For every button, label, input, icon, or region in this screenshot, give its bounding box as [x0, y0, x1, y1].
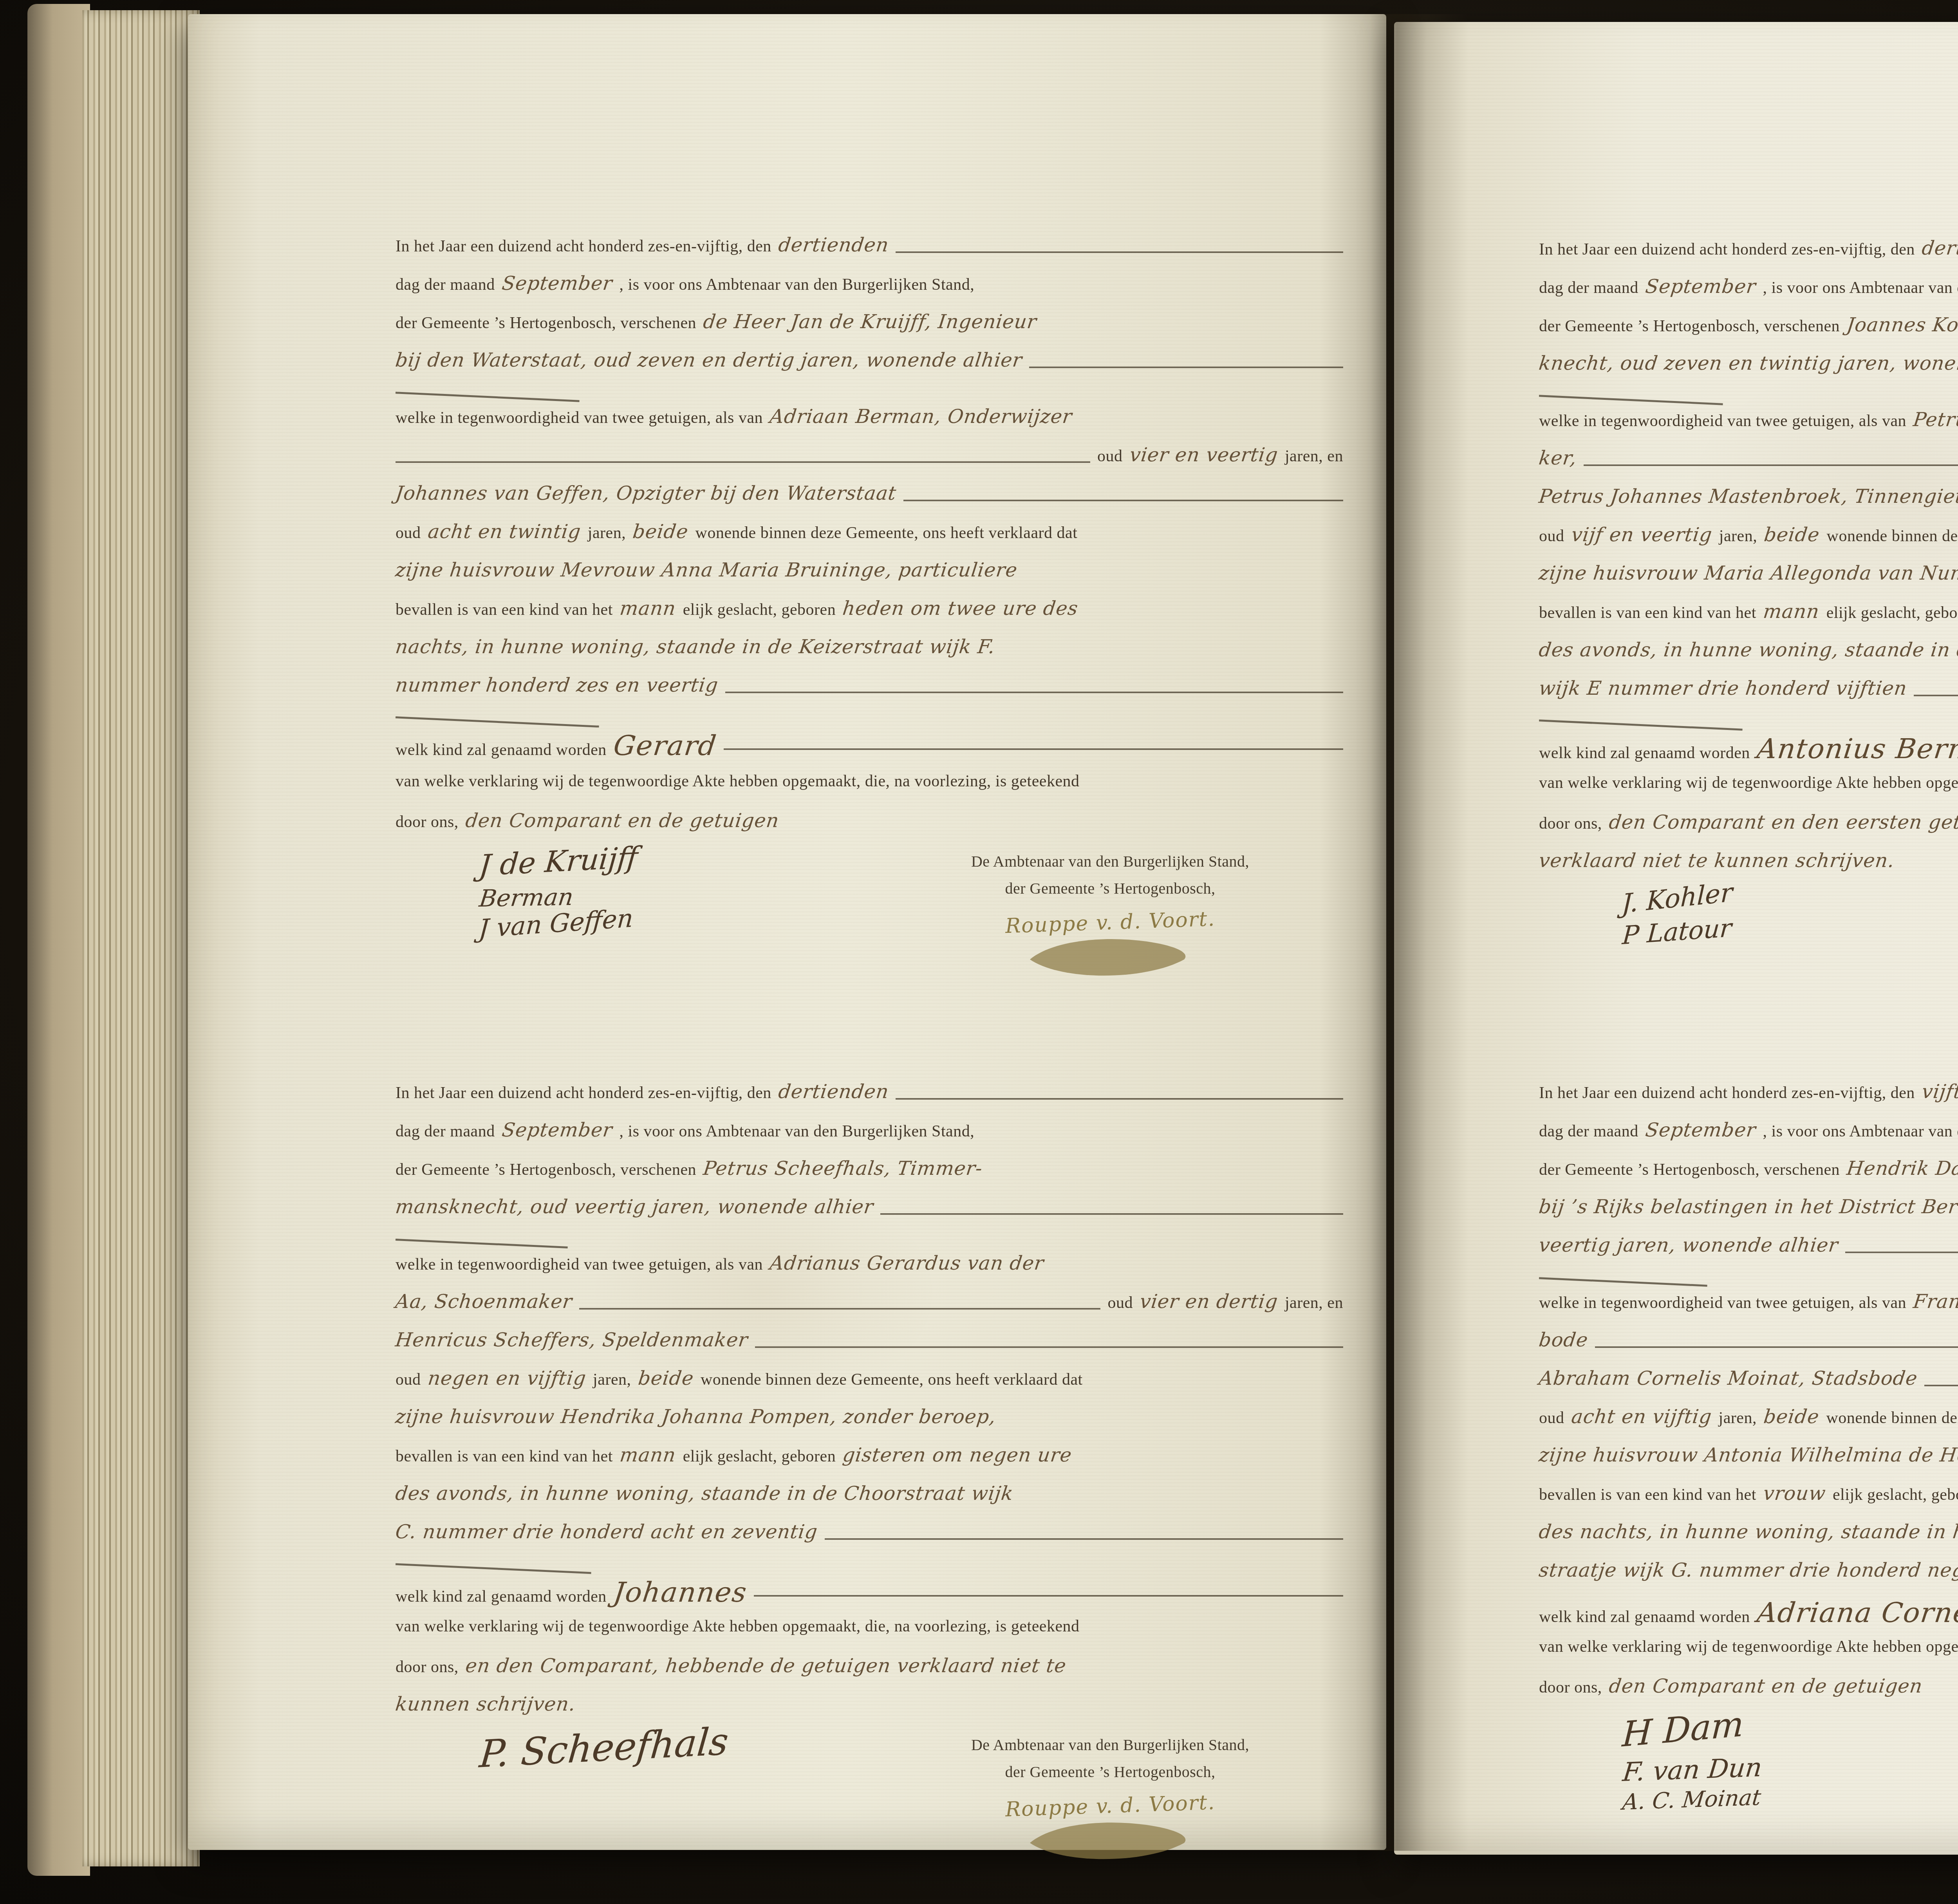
printed-form-text: van welke verklaring wij de tegenwoordig… [396, 1617, 1080, 1636]
act-line: welk kind zal genaamd wordenGerard [396, 732, 1343, 761]
handwritten-entry: Aa, Schoenmaker [394, 1292, 573, 1311]
act-line: van welke verklaring wij de tegenwoordig… [396, 772, 1343, 800]
handwritten-entry: vijf en veertig [1570, 525, 1713, 545]
act-line: der Gemeente ’s Hertogenbosch, verschene… [1539, 1158, 1958, 1187]
handwritten-entry: Johannes [612, 1578, 749, 1607]
act-line: C. nummer drie honderd acht en zeventig [396, 1522, 1343, 1550]
act-line: bevallen is van een kind van hetmannelij… [1539, 602, 1958, 630]
handwritten-entry: Franciscus van Dun, Stads- [1912, 1292, 1958, 1311]
act-line: des avonds, in hunne woning, staande in … [1539, 640, 1958, 668]
officiant-title: De Ambtenaar van den Burgerlijken Stand, [877, 852, 1343, 871]
handwritten-entry: ker, [1538, 448, 1578, 468]
handwritten-entry: beide [1763, 525, 1821, 545]
handwritten-entry: mann [619, 1445, 677, 1465]
act-line: oudnegen en vijftigjaren,beidewonende bi… [396, 1368, 1343, 1396]
handwritten-entry: Adriaan Berman, Onderwijzer [769, 406, 1073, 426]
ruled-filler-line [903, 500, 1343, 501]
printed-form-text: elijk geslacht, geboren [683, 1447, 836, 1466]
act-line: bij den Waterstaat, oud zeven en dertig … [396, 350, 1343, 378]
ruled-filler-line [880, 1213, 1343, 1215]
handwritten-entry: straatje wijk G. nummer drie honderd neg… [1538, 1560, 1958, 1580]
book-cover-edge [27, 4, 90, 1876]
act-line: door ons,den Comparant en den eersten ge… [1539, 812, 1958, 840]
handwritten-entry: dertienden [777, 1082, 890, 1102]
printed-form-text: dag der maand [396, 1122, 495, 1141]
ruled-filler-line [1539, 1277, 1707, 1287]
handwritten-entry: September [501, 1120, 614, 1140]
handwritten-entry: Petrus Scheefhals, Timmer- [702, 1158, 984, 1178]
act-line: des nachts, in hunne woning, staande in … [1539, 1522, 1958, 1550]
printed-form-text: welke in tegenwoordigheid van twee getui… [396, 1255, 763, 1274]
handwritten-entry: Gerard [612, 732, 718, 761]
handwritten-entry: September [1644, 276, 1757, 296]
handwritten-entry: Abraham Cornelis Moinat, Stadsbode [1538, 1368, 1919, 1388]
act-line: des avonds, in hunne woning, staande in … [396, 1483, 1343, 1512]
ruled-filler-line [396, 1563, 591, 1574]
printed-form-text: oud [1107, 1294, 1133, 1312]
printed-form-text: , is voor ons Ambtenaar van den Burgerli… [1763, 1122, 1958, 1141]
printed-form-text: bevallen is van een kind van het [1539, 1486, 1756, 1504]
handwritten-entry: nummer honderd zes en veertig [394, 675, 719, 695]
act-line: welke in tegenwoordigheid van twee getui… [396, 1253, 1343, 1281]
printed-form-text: van welke verklaring wij de tegenwoordig… [1539, 774, 1958, 792]
printed-form-text: welke in tegenwoordigheid van twee getui… [1539, 1294, 1906, 1312]
printed-form-text: bevallen is van een kind van het [1539, 604, 1756, 622]
handwritten-entry: den Comparant en de getuigen [464, 811, 780, 831]
act-line: van welke verklaring wij de tegenwoordig… [1539, 774, 1958, 802]
witness-signatures: J. KohlerP Latour [1539, 889, 1958, 1024]
act-line: nachts, in hunne woning, staande in de K… [396, 637, 1343, 665]
act-line: zijne huisvrouw Maria Allegonda van Nune… [1539, 563, 1958, 591]
birth-act-1: In het Jaar een duizend acht honderd zes… [396, 235, 1343, 984]
printed-form-text: welke in tegenwoordigheid van twee getui… [396, 409, 763, 427]
act-line: door ons,en den Comparant, hebbende de g… [396, 1656, 1343, 1684]
act-line: nummer honderd zes en veertig [396, 675, 1343, 703]
act-line: oudvier en veertigjaren, en [396, 445, 1343, 473]
act-signature-zone: P. Scheefhals De Ambtenaar van den Burge… [396, 1732, 1343, 1867]
handwritten-entry: dertienden [777, 235, 890, 255]
act-line: zijne huisvrouw Antonia Wilhelmina de Ho… [1539, 1445, 1958, 1473]
printed-form-text: van welke verklaring wij de tegenwoordig… [1539, 1638, 1958, 1656]
ruled-filler-line [1845, 1252, 1958, 1253]
printed-form-text: jaren, [593, 1371, 631, 1389]
act-line: welke in tegenwoordigheid van twee getui… [396, 406, 1343, 435]
act-line: welk kind zal genaamd wordenJohannes [396, 1578, 1343, 1607]
printed-form-text: door ons, [396, 1658, 459, 1676]
act-line: der Gemeente ’s Hertogenbosch, verschene… [396, 312, 1343, 340]
printed-form-text: wonende binnen deze Gemeente, ons heeft … [1827, 527, 1958, 546]
act-line: straatje wijk G. nummer drie honderd neg… [1539, 1560, 1958, 1588]
act-line: In het Jaar een duizend acht honderd zes… [1539, 1082, 1958, 1110]
act-signature-zone: H DamF. van DunA. C. Moinat De Ambtenaar… [1539, 1714, 1958, 1849]
witness-signatures: J de KruijffBermanJ van Geffen [396, 849, 877, 984]
printed-form-text: dag der maand [396, 276, 495, 294]
witness-signatures: P. Scheefhals [396, 1732, 877, 1867]
printed-form-text: welk kind zal genaamd worden [1539, 1608, 1750, 1626]
act-body: In het Jaar een duizend acht honderd zes… [1539, 1082, 1958, 1704]
handwritten-entry: September [501, 273, 614, 293]
handwritten-entry: acht en twintig [426, 522, 582, 542]
act-line [396, 714, 1343, 727]
ruled-filler-line [396, 716, 599, 728]
printed-form-text: welk kind zal genaamd worden [396, 1588, 607, 1606]
act-line: Johannes van Geffen, Opzigter bij den Wa… [396, 483, 1343, 511]
ruled-filler-line [755, 1346, 1343, 1348]
act-line: zijne huisvrouw Hendrika Johanna Pompen,… [396, 1407, 1343, 1435]
printed-form-text: door ons, [1539, 815, 1602, 833]
handwritten-entry: mann [1762, 602, 1821, 621]
printed-form-text: wonende binnen deze Gemeente, ons heeft … [701, 1371, 1083, 1389]
act-line: oudacht en vijftigjaren,beidewonende bin… [1539, 1407, 1958, 1435]
signature-flourish-icon [1026, 937, 1194, 984]
printed-form-text: , is voor ons Ambtenaar van den Burgerli… [620, 1122, 975, 1141]
act-line: veertig jaren, wonende alhier [1539, 1235, 1958, 1263]
handwritten-entry: zijne huisvrouw Maria Allegonda van Nune… [1538, 563, 1958, 583]
handwritten-entry: des avonds, in hunne woning, staande in … [394, 1483, 1015, 1503]
printed-form-text: jaren, en [1285, 1294, 1343, 1312]
printed-form-text: elijk geslacht, geboren [1826, 604, 1958, 622]
ruled-filler-line [754, 1595, 1343, 1597]
act-body: In het Jaar een duizend acht honderd zes… [396, 235, 1343, 839]
handwritten-entry: acht en vijftig [1570, 1407, 1712, 1427]
ruled-filler-line [825, 1538, 1343, 1540]
act-line: In het Jaar een duizend acht honderd zes… [396, 1082, 1343, 1110]
printed-form-text: , is voor ons Ambtenaar van den Burgerli… [620, 276, 975, 294]
act-line [1539, 717, 1958, 730]
handwritten-entry: veertig jaren, wonende alhier [1538, 1235, 1839, 1255]
act-body: In het Jaar een duizend acht honderd zes… [396, 1082, 1343, 1722]
printed-form-text: jaren, en [1285, 447, 1343, 466]
printed-form-text: bevallen is van een kind van het [396, 1447, 613, 1466]
handwritten-entry: vrouw [1762, 1483, 1827, 1503]
printed-form-text: van welke verklaring wij de tegenwoordig… [396, 772, 1080, 791]
act-line: oudacht en twintigjaren,beidewonende bin… [396, 522, 1343, 550]
printed-form-text: dag der maand [1539, 279, 1638, 297]
act-line: welk kind zal genaamd wordenAdriana Corn… [1539, 1599, 1958, 1628]
handwritten-entry: gisteren om negen ure [842, 1445, 1073, 1465]
ruled-filler-line [1539, 719, 1743, 731]
ruled-filler-line [396, 392, 580, 402]
handwritten-entry: nachts, in hunne woning, staande in de K… [394, 637, 996, 657]
act-line: welk kind zal genaamd wordenAntonius Ber… [1539, 735, 1958, 764]
handwritten-entry: vijftienden [1921, 1082, 1958, 1102]
handwritten-entry: des nachts, in hunne woning, staande in … [1538, 1522, 1958, 1542]
ruled-filler-line [1595, 1346, 1958, 1348]
ruled-filler-line [896, 1098, 1343, 1100]
printed-form-text: In het Jaar een duizend acht honderd zes… [396, 1084, 771, 1102]
act-line: dag der maandSeptember, is voor ons Ambt… [1539, 1120, 1958, 1148]
printed-form-text: der Gemeente ’s Hertogenbosch, verschene… [396, 314, 696, 332]
handwritten-entry: Joannes Kohler, Boekbinders- [1846, 315, 1958, 335]
act-line: bij ’s Rijks belastingen in het District… [1539, 1197, 1958, 1225]
handwritten-entry: kunnen schrijven. [394, 1694, 577, 1714]
handwritten-entry: zijne huisvrouw Hendrika Johanna Pompen,… [394, 1407, 997, 1427]
handwritten-entry: des avonds, in hunne woning, staande in … [1538, 640, 1958, 660]
act-line: bodeoudzes en vijftigjaren, en [1539, 1330, 1958, 1358]
act-line: zijne huisvrouw Mevrouw Anna Maria Bruin… [396, 560, 1343, 588]
handwritten-entry: September [1644, 1120, 1757, 1140]
printed-form-text: welk kind zal genaamd worden [396, 741, 607, 759]
ruled-filler-line [579, 1308, 1100, 1310]
printed-form-text: jaren, [588, 524, 626, 542]
ruled-filler-line [396, 461, 1090, 463]
ruled-filler-line [1029, 367, 1343, 368]
act-line: welke in tegenwoordigheid van twee getui… [1539, 1292, 1958, 1320]
printed-form-text: jaren, [1719, 527, 1757, 546]
act-line: der Gemeente ’s Hertogenbosch, verschene… [1539, 315, 1958, 343]
handwritten-entry: en den Comparant, hebbende de getuigen v… [464, 1656, 1068, 1676]
act-body: In het Jaar een duizend acht honderd zes… [1539, 238, 1958, 879]
handwritten-entry: Antonius Bernardus [1755, 735, 1958, 764]
act-line [1539, 1274, 1958, 1287]
ruled-filler-line [1539, 395, 1723, 405]
ruled-filler-line [725, 692, 1343, 693]
printed-form-text: dag der maand [1539, 1122, 1638, 1141]
officiant-subtitle: der Gemeente ’s Hertogenbosch, [877, 1763, 1343, 1781]
birth-act-4: In het Jaar een duizend acht honderd zes… [1539, 1082, 1958, 1849]
act-line: van welke verklaring wij de tegenwoordig… [396, 1617, 1343, 1646]
handwritten-entry: bode [1538, 1330, 1590, 1350]
handwritten-entry: Adrianus Gerardus van der [769, 1253, 1045, 1273]
act-line [396, 388, 1343, 402]
ruled-filler-line [724, 748, 1343, 750]
act-line: bevallen is van een kind van hetvrouweli… [1539, 1483, 1958, 1512]
officiant-block: De Ambtenaar van den Burgerlijken Stand,… [877, 849, 1343, 984]
handwritten-entry: Petrus Latour, Kleederma- [1912, 410, 1958, 430]
birth-act-3: In het Jaar een duizend acht honderd zes… [1539, 238, 1958, 1024]
printed-form-text: elijk geslacht, geboren [683, 601, 836, 619]
handwritten-entry: beide [632, 522, 690, 542]
printed-form-text: welk kind zal genaamd worden [1539, 744, 1750, 762]
handwritten-entry: Hendrik Dam, Deurwaarder [1846, 1158, 1958, 1178]
act-line: der Gemeente ’s Hertogenbosch, verschene… [396, 1158, 1343, 1187]
handwritten-entry: Petrus Johannes Mastenbroek, Tinnengiete… [1538, 486, 1958, 506]
officiant-title: De Ambtenaar van den Burgerlijken Stand, [877, 1736, 1343, 1754]
printed-form-text: der Gemeente ’s Hertogenbosch, verschene… [1539, 317, 1840, 336]
printed-form-text: oud [1539, 1409, 1564, 1427]
printed-form-text: oud [1539, 527, 1564, 546]
printed-form-text: elijk geslacht, geboren [1833, 1486, 1958, 1504]
act-line: wijk E nummer drie honderd vijftien [1539, 678, 1958, 706]
act-line: dag der maandSeptember, is voor ons Ambt… [396, 273, 1343, 302]
officiant-block: De Ambtenaar van den Burgerlijken Stand,… [877, 1732, 1343, 1867]
handwritten-entry: den Comparant en den eersten getuige, he… [1608, 812, 1958, 832]
act-line: welke in tegenwoordigheid van twee getui… [1539, 410, 1958, 438]
handwritten-entry: dertienden [1921, 238, 1958, 258]
printed-form-text: wonende binnen deze Gemeente, ons heeft … [1826, 1409, 1958, 1427]
handwritten-entry: Henricus Scheffers, Speldenmaker [394, 1330, 749, 1350]
printed-form-text: door ons, [1539, 1678, 1602, 1697]
handwritten-entry: mansknecht, oud veertig jaren, wonende a… [394, 1197, 875, 1217]
act-line [396, 1235, 1343, 1248]
ruled-filler-line [1914, 695, 1958, 696]
handwritten-entry: vier en veertig [1128, 445, 1279, 465]
act-line: Aa, Schoenmakeroudvier en dertigjaren, e… [396, 1292, 1343, 1320]
act-line: In het Jaar een duizend acht honderd zes… [1539, 238, 1958, 266]
act-line: Petrus Johannes Mastenbroek, Tinnengiete… [1539, 486, 1958, 515]
birth-act-2: In het Jaar een duizend acht honderd zes… [396, 1082, 1343, 1867]
handwritten-entry: negen en vijftig [426, 1368, 587, 1388]
act-line: Henricus Scheffers, Speldenmaker [396, 1330, 1343, 1358]
handwritten-entry: zijne huisvrouw Antonia Wilhelmina de Ho… [1538, 1445, 1958, 1465]
act-line: dag der maandSeptember, is voor ons Ambt… [396, 1120, 1343, 1148]
handwritten-entry: vier en dertig [1139, 1292, 1279, 1311]
handwritten-entry: wijk E nummer drie honderd vijftien [1538, 678, 1908, 698]
act-line: In het Jaar een duizend acht honderd zes… [396, 235, 1343, 263]
printed-form-text: oud [396, 524, 421, 542]
ruled-filler-line [1584, 464, 1958, 466]
handwritten-entry: knecht, oud zeven en twintig jaren, wone… [1538, 353, 1958, 373]
handwritten-entry: bij ’s Rijks belastingen in het District… [1538, 1197, 1958, 1217]
handwritten-entry: mann [619, 598, 677, 618]
act-line [396, 1560, 1343, 1573]
act-line: van welke verklaring wij de tegenwoordig… [1539, 1638, 1958, 1666]
act-line: mansknecht, oud veertig jaren, wonende a… [396, 1197, 1343, 1225]
act-line: bevallen is van een kind van hetmannelij… [396, 598, 1343, 627]
act-line: ker,oudacht en vijftigjaren, en [1539, 448, 1958, 476]
printed-form-text: der Gemeente ’s Hertogenbosch, verschene… [1539, 1161, 1840, 1179]
handwritten-entry: bij den Waterstaat, oud zeven en dertig … [394, 350, 1024, 370]
act-line: dag der maandSeptember, is voor ons Ambt… [1539, 276, 1958, 305]
ruled-filler-line [896, 251, 1343, 253]
scanned-register-photo: 126. In het Jaar een duizend acht honder… [0, 0, 1958, 1904]
act-signature-zone: J de KruijffBermanJ van Geffen De Ambten… [396, 849, 1343, 984]
printed-form-text: bevallen is van een kind van het [396, 601, 613, 619]
handwritten-entry: C. nummer drie honderd acht en zeventig [394, 1522, 819, 1542]
printed-form-text: oud [396, 1371, 421, 1389]
printed-form-text: , is voor ons Ambtenaar van den Burgerli… [1763, 279, 1958, 297]
printed-form-text: In het Jaar een duizend acht honderd zes… [396, 237, 771, 256]
handwritten-entry: de Heer Jan de Kruijff, Ingenieur [702, 312, 1038, 332]
witness-signatures: H DamF. van DunA. C. Moinat [1539, 1714, 1958, 1849]
page-edge-stack-left [82, 10, 200, 1866]
act-line: Abraham Cornelis Moinat, Stadsbode [1539, 1368, 1958, 1396]
officiant-subtitle: der Gemeente ’s Hertogenbosch, [877, 879, 1343, 898]
printed-form-text: In het Jaar een duizend acht honderd zes… [1539, 240, 1915, 259]
printed-form-text: door ons, [396, 813, 459, 831]
act-line: knecht, oud zeven en twintig jaren, wone… [1539, 353, 1958, 381]
printed-form-text: oud [1097, 447, 1123, 466]
signature-flourish-icon [1026, 1820, 1194, 1867]
printed-form-text: welke in tegenwoordigheid van twee getui… [1539, 412, 1906, 430]
act-line: oudvijf en veertigjaren,beidewonende bin… [1539, 525, 1958, 553]
act-signature-zone: J. KohlerP Latour De Ambtenaar van den B… [1539, 889, 1958, 1024]
printed-form-text: der Gemeente ’s Hertogenbosch, verschene… [396, 1161, 696, 1179]
printed-form-text: wonende binnen deze Gemeente, ons heeft … [695, 524, 1078, 542]
handwritten-entry: Johannes van Geffen, Opzigter bij den Wa… [394, 483, 898, 503]
act-line [1539, 392, 1958, 405]
handwritten-entry: beide [637, 1368, 695, 1388]
printed-form-text: jaren, [1719, 1409, 1757, 1427]
handwritten-entry: heden om twee ure des [842, 598, 1079, 618]
ruled-filler-line [1924, 1385, 1958, 1386]
handwritten-entry: Adriana Cornelia [1755, 1599, 1958, 1628]
handwritten-entry: zijne huisvrouw Mevrouw Anna Maria Bruin… [394, 560, 1019, 580]
handwritten-entry: beide [1763, 1407, 1821, 1427]
act-line: bevallen is van een kind van hetmannelij… [396, 1445, 1343, 1473]
ruled-filler-line [396, 1239, 568, 1248]
printed-form-text: In het Jaar een duizend acht honderd zes… [1539, 1084, 1915, 1102]
